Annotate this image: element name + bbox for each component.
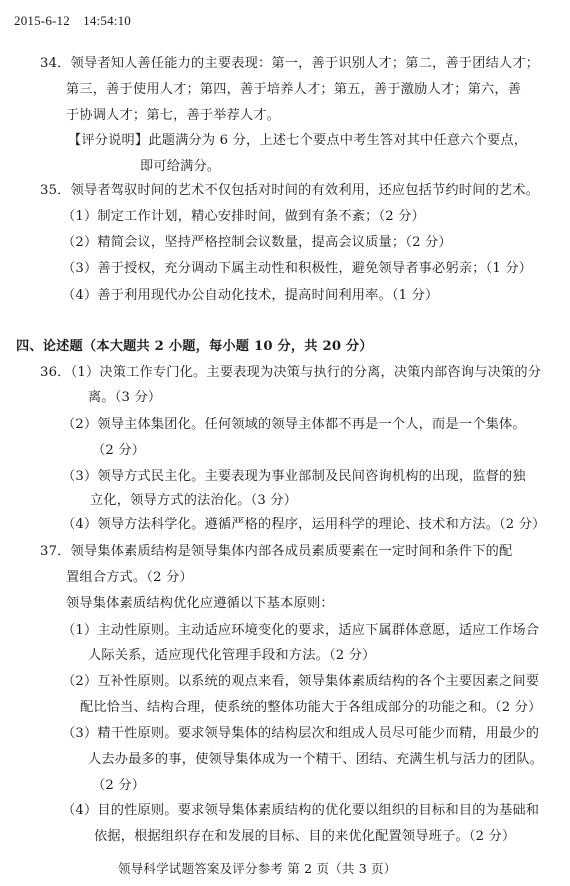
q37-line: 依据，根据组织存在和发展的目标、目的来优化配置领导班子。（2 分）	[94, 828, 515, 846]
q36-line: （3）领导方式民主化。主要表现为事业部制及民间咨询机构的出现，监督的独	[62, 468, 526, 486]
q37-line: 37．领导集体素质结构是领导集体内部各成员素质要素在一定时间和条件下的配	[40, 543, 512, 561]
q37-line: （2 分）	[92, 777, 145, 795]
q35-stem: 35．领导者驾驭时间的艺术不仅包括对时间的有效利用，还应包括节约时间的艺术。	[40, 182, 539, 200]
q37-line: 人去办最多的事，使领导集体成为一个精干、团结、充满生机与活力的团队。	[88, 751, 543, 769]
q35-item: （4）善于利用现代办公自动化技术，提高时间利用率。（1 分）	[62, 287, 438, 305]
q36-line: 立化，领导方式的法治化。（3 分）	[90, 492, 297, 510]
scoring-note: 即可给满分。	[140, 158, 220, 176]
timestamp: 2015-6-12 14:54:10	[14, 12, 131, 30]
q37-line: 配比恰当、结构合理，使系统的整体功能大于各组成部分的功能之和。（2 分）	[80, 699, 542, 717]
q36-line: （2）领导主体集团化。任何领域的领导主体都不再是一个人，而是一个集体。	[62, 416, 526, 434]
section-heading: 四、论述题（本大题共 2 小题，每小题 10 分，共 20 分）	[16, 338, 373, 356]
q36-line: 离。（3 分）	[88, 389, 161, 407]
q37-line: （3）精干性原则。要求领导集体的结构层次和组成人员尽可能少而精，用最少的	[62, 725, 539, 743]
q37-line: 置组合方式。（2 分）	[66, 569, 193, 587]
q34-line: 34．领导者知人善任能力的主要表现：第一，善于识别人才；第二，善于团结人才；	[40, 55, 539, 73]
q37-line: （2）互补性原则。以系统的观点来看，领导集体素质结构的各个主要因素之间要	[62, 673, 539, 691]
q34-line: 第三，善于使用人才；第四，善于培养人才；第五，善于激励人才；第六，善	[66, 81, 521, 99]
scoring-note: 【评分说明】此题满分为 6 分，上述七个要点中考生答对其中任意六个要点，	[68, 132, 527, 150]
page-footer: 领导科学试题答案及评分参考 第 2 页（共 3 页）	[118, 860, 396, 878]
q36-line: 36．（1）决策工作专门化。主要表现为决策与执行的分离，决策内部咨询与决策的分	[40, 364, 541, 382]
q37-line: （4）目的性原则。要求领导集体素质结构的优化要以组织的目标和目的为基础和	[62, 802, 539, 820]
q35-item: （2）精简会议，坚持严格控制会议数量，提高会议质量；（2 分）	[62, 234, 452, 252]
q37-line: 人际关系，适应现代化管理手段和方法。（2 分）	[88, 647, 376, 665]
q36-line: （4）领导方法科学化。遵循严格的程序，运用科学的理论、技术和方法。（2 分）	[62, 516, 546, 534]
q36-line: （2 分）	[92, 442, 145, 460]
q35-item: （3）善于授权，充分调动下属主动性和积极性，避免领导者事必躬亲；（1 分）	[62, 260, 532, 278]
q37-line: 领导集体素质结构优化应遵循以下基本原则：	[66, 595, 334, 613]
q34-line: 于协调人才；第七，善于举荐人才。	[66, 107, 280, 125]
q37-line: （1）主动性原则。主动适应环境变化的要求，适应下属群体意愿，适应工作场合	[62, 622, 539, 640]
q35-item: （1）制定工作计划，精心安排时间，做到有条不紊；（2 分）	[62, 208, 425, 226]
